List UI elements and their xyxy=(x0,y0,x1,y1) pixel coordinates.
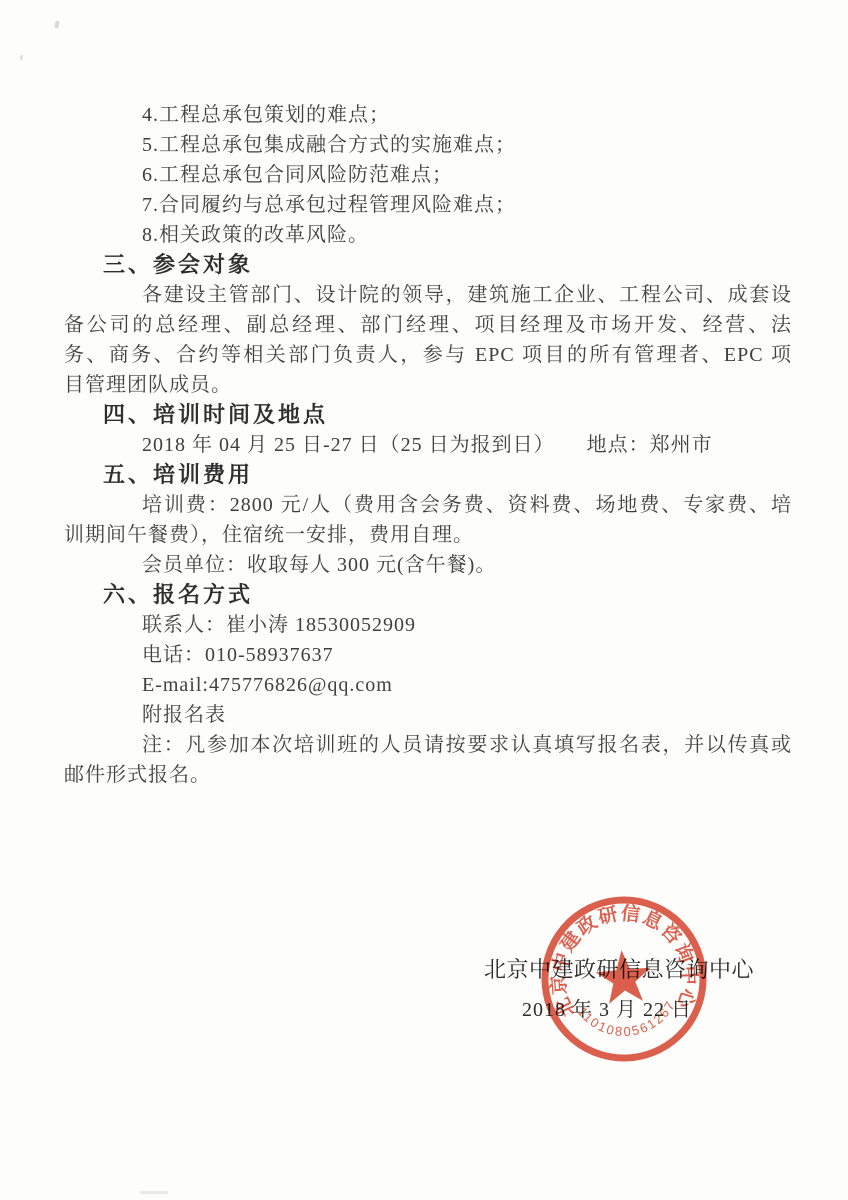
scan-artifact xyxy=(20,55,23,60)
seal-serial-container: 1101080561267 xyxy=(574,996,681,1043)
text-line: 备公司的总经理、副总经理、部门经理、项目经理及市场开发、经营、法 xyxy=(64,310,792,340)
list-item-7: 7.合同履约与总承包过程管理风险难点； xyxy=(64,190,792,220)
text-line-date-place: 2018 年 04 月 25 日-27 日（25 日为报到日） 地点：郑州市 xyxy=(64,430,792,460)
list-item-8: 8.相关政策的改革风险。 xyxy=(64,220,792,250)
text-line-contact: 联系人：崔小涛 18530052909 xyxy=(64,610,792,640)
document-body: 4.工程总承包策划的难点； 5.工程总承包集成融合方式的实施难点； 6.工程总承… xyxy=(64,100,792,790)
scan-artifact xyxy=(140,1191,168,1194)
text-line: 邮件形式报名。 xyxy=(64,760,792,790)
official-seal: 北京中建政研信息咨询中心 1101080561267 xyxy=(532,887,716,1071)
text-line: 培训费：2800 元/人（费用含会务费、资料费、场地费、专家费、培 xyxy=(64,490,792,520)
text-line: 训期间午餐费），住宿统一安排，费用自理。 xyxy=(64,520,792,550)
heading-time-location: 四、培训时间及地点 xyxy=(64,400,792,430)
text-line-member-fee: 会员单位：收取每人 300 元(含午餐)。 xyxy=(64,550,792,580)
list-item-4: 4.工程总承包策划的难点； xyxy=(64,100,792,130)
text-line-attachment: 附报名表 xyxy=(64,700,792,730)
text-line: 目管理团队成员。 xyxy=(64,370,792,400)
seal-star-icon xyxy=(594,948,654,1005)
heading-participants: 三、参会对象 xyxy=(64,250,792,280)
text-line-email: E-mail:475776826@qq.com xyxy=(64,670,792,700)
list-item-5: 5.工程总承包集成融合方式的实施难点； xyxy=(64,130,792,160)
heading-fee: 五、培训费用 xyxy=(64,460,792,490)
scanned-document-page: 4.工程总承包策划的难点； 5.工程总承包集成融合方式的实施难点； 6.工程总承… xyxy=(0,0,848,1200)
heading-registration: 六、报名方式 xyxy=(64,580,792,610)
text-line-note: 注：凡参加本次培训班的人员请按要求认真填写报名表，并以传真或 xyxy=(64,730,792,760)
seal-serial-number: 1101080561267 xyxy=(574,996,681,1043)
text-line: 务、商务、合约等相关部门负责人，参与 EPC 项目的所有管理者、EPC 项 xyxy=(64,340,792,370)
text-line: 各建设主管部门、设计院的领导，建筑施工企业、工程公司、成套设 xyxy=(64,280,792,310)
list-item-6: 6.工程总承包合同风险防范难点； xyxy=(64,160,792,190)
scan-artifact xyxy=(54,21,60,29)
text-line-phone: 电话：010-58937637 xyxy=(64,640,792,670)
